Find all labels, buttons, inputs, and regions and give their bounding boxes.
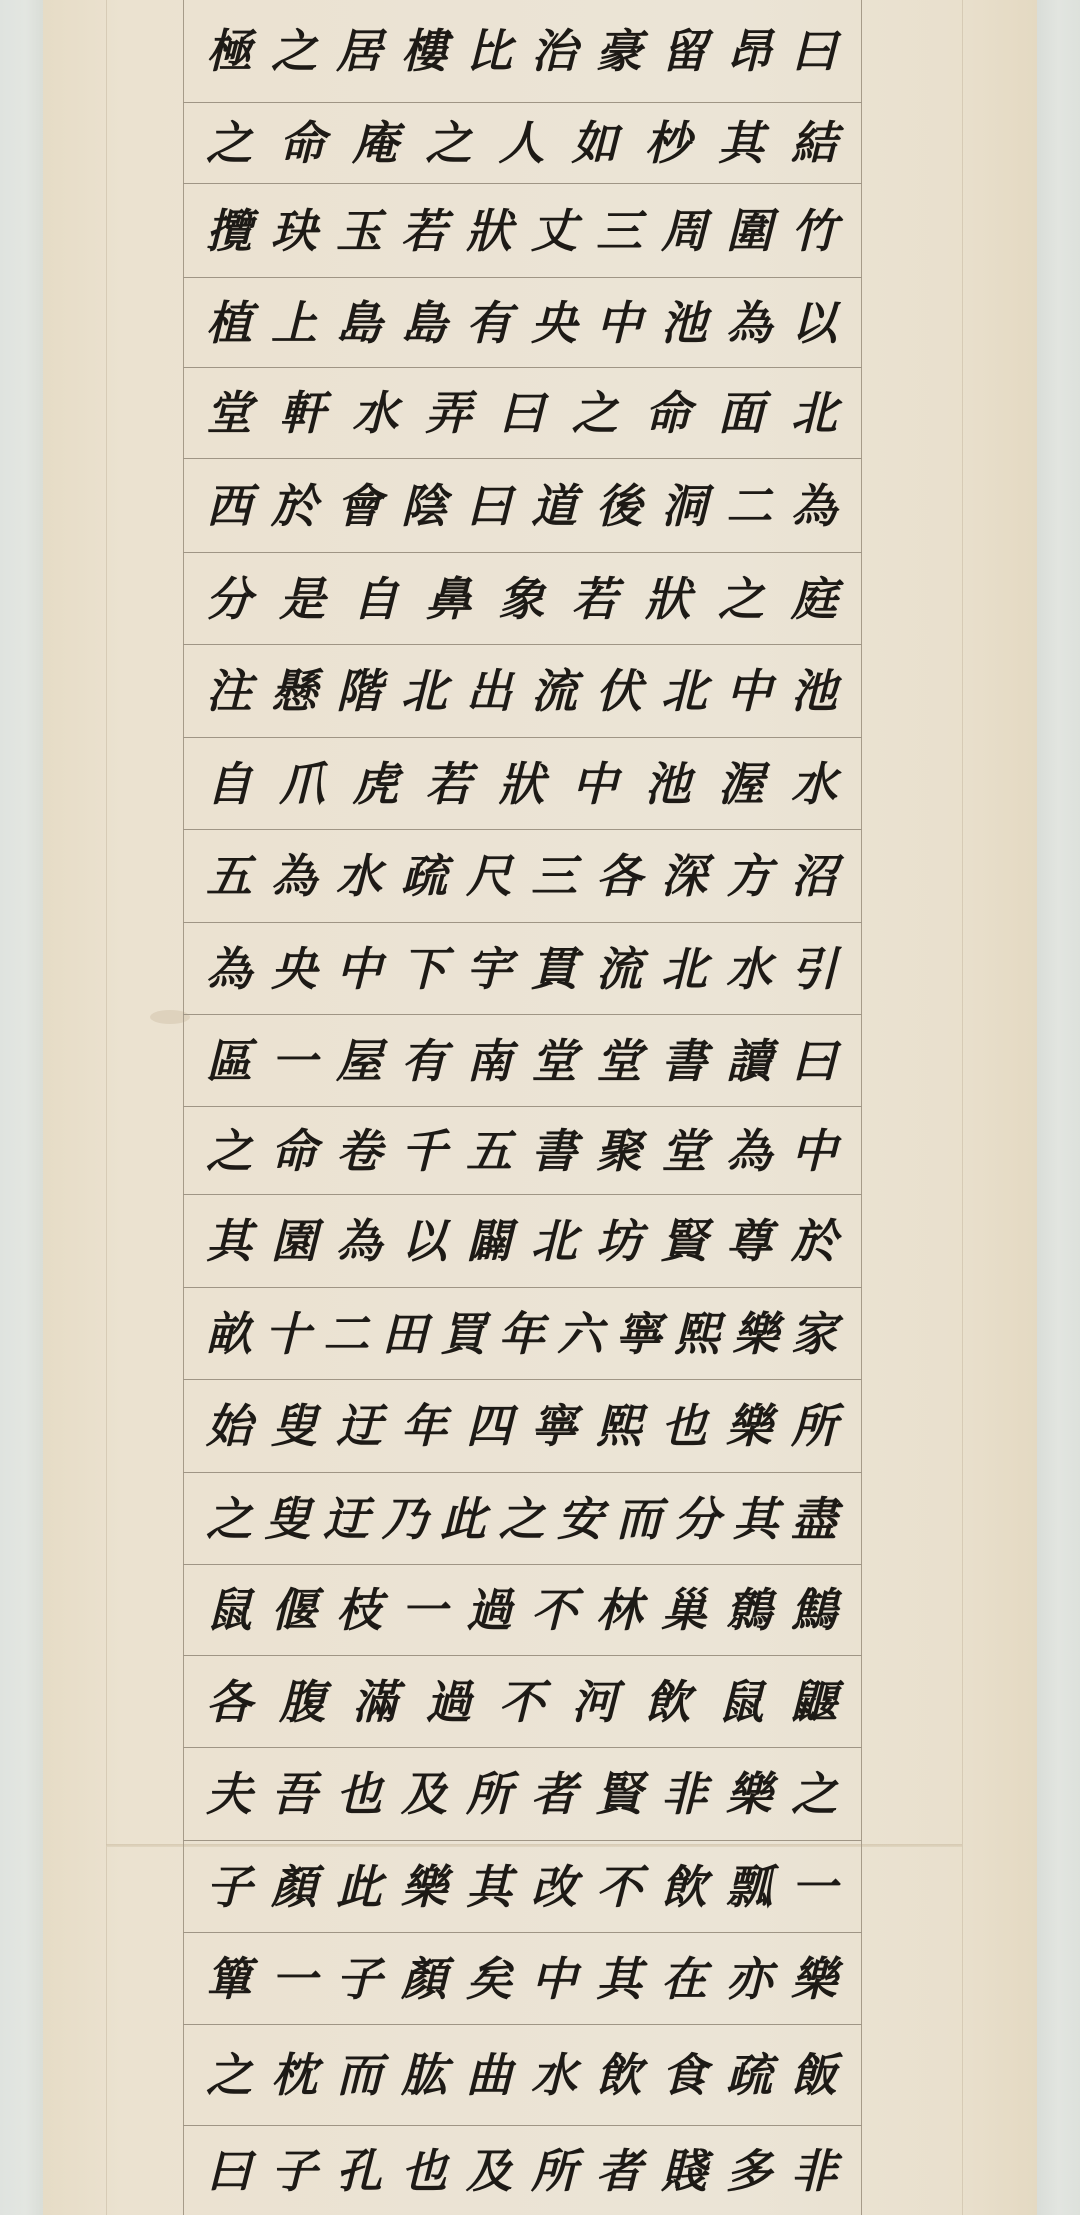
calligraphy-character: 非: [658, 1771, 710, 1817]
calligraphy-character: 昂: [723, 28, 775, 74]
calligraphy-character: 其: [715, 120, 767, 166]
calligraphy-character: 流: [593, 946, 645, 992]
calligraphy-character: 千: [398, 1128, 450, 1174]
calligraphy-character: 闢: [463, 1218, 515, 1264]
calligraphy-character: 為: [723, 1128, 775, 1174]
calligraphy-character: 不: [593, 1864, 645, 1910]
calligraphy-row: 曰昂留豪治比樓居之極: [183, 0, 862, 102]
calligraphy-row: 北面命之曰弄水軒堂: [183, 367, 862, 458]
calligraphy-character: 為: [268, 853, 320, 899]
calligraphy-character: 子: [203, 1864, 255, 1910]
calligraphy-character: 賢: [593, 1771, 645, 1817]
calligraphy-character: 丈: [528, 208, 580, 254]
calligraphy-character: 迂: [333, 1403, 385, 1449]
calligraphy-row: 水渥池中狀若虎爪自: [183, 737, 862, 829]
calligraphy-character: 始: [203, 1403, 255, 1449]
calligraphy-character: 比: [463, 28, 515, 74]
calligraphy-character: 伏: [593, 668, 645, 714]
calligraphy-row: 飯疏食飲水曲肱而枕之: [183, 2024, 862, 2125]
calligraphy-character: 若: [398, 208, 450, 254]
calligraphy-character: 洞: [658, 483, 710, 529]
calligraphy-character: 不: [496, 1679, 548, 1725]
calligraphy-character: 圍: [723, 208, 775, 254]
calligraphy-character: 聚: [593, 1128, 645, 1174]
paper-fold-right: [962, 0, 963, 2215]
calligraphy-character: 樂: [730, 1311, 782, 1357]
calligraphy-character: 為: [788, 483, 840, 529]
calligraphy-character: 爪: [276, 761, 328, 807]
calligraphy-character: 水: [333, 853, 385, 899]
calligraphy-character: 深: [658, 853, 710, 899]
calligraphy-character: 樂: [723, 1771, 775, 1817]
calligraphy-character: 所: [788, 1403, 840, 1449]
calligraphy-character: 堂: [203, 390, 255, 436]
calligraphy-character: 虎: [349, 761, 401, 807]
calligraphy-character: 迂: [320, 1496, 372, 1542]
calligraphy-character: 以: [398, 1218, 450, 1264]
calligraphy-character: 留: [658, 28, 710, 74]
calligraphy-character: 十: [262, 1311, 314, 1357]
calligraphy-character: 命: [642, 390, 694, 436]
calligraphy-character: 熙: [671, 1311, 723, 1357]
calligraphy-row: 鼴鼠飲河不過滿腹各: [183, 1655, 862, 1747]
calligraphy-character: 也: [333, 1771, 385, 1817]
calligraphy-character: 植: [203, 300, 255, 346]
calligraphy-row: 盡其分而安之此乃迂叟之: [183, 1472, 862, 1564]
calligraphy-character: 偃: [268, 1587, 320, 1633]
calligraphy-character: 之: [496, 1496, 548, 1542]
calligraphy-character: 五: [203, 853, 255, 899]
paper-fold-left: [106, 0, 107, 2215]
calligraphy-row: 之樂非賢者所及也吾夫: [183, 1747, 862, 1840]
calligraphy-character: 所: [528, 2148, 580, 2194]
calligraphy-character: 中: [723, 668, 775, 714]
calligraphy-character: 北: [398, 668, 450, 714]
calligraphy-row: 引水北流貫宇下中央為: [183, 922, 862, 1014]
calligraphy-character: 寧: [528, 1403, 580, 1449]
calligraphy-character: 四: [463, 1403, 515, 1449]
calligraphy-character: 央: [268, 946, 320, 992]
calligraphy-character: 瓢: [723, 1864, 775, 1910]
left-mounting-silk: [0, 0, 43, 2215]
calligraphy-character: 簞: [203, 1956, 255, 2002]
calligraphy-row: 結其杪如人之庵命之: [183, 102, 862, 183]
calligraphy-character: 一: [268, 1956, 320, 2002]
calligraphy-character: 宇: [463, 946, 515, 992]
calligraphy-character: 庭: [788, 576, 840, 622]
calligraphy-character: 者: [528, 1771, 580, 1817]
calligraphy-character: 賢: [658, 1218, 710, 1264]
calligraphy-character: 曰: [496, 390, 548, 436]
calligraphy-character: 買: [437, 1311, 489, 1357]
calligraphy-character: 若: [569, 576, 621, 622]
calligraphy-character: 盡: [788, 1496, 840, 1542]
calligraphy-character: 二: [723, 483, 775, 529]
calligraphy-character: 南: [463, 1038, 515, 1084]
calligraphy-character: 飲: [593, 2052, 645, 2098]
calligraphy-character: 水: [788, 761, 840, 807]
calligraphy-character: 書: [658, 1038, 710, 1084]
calligraphy-character: 狀: [496, 761, 548, 807]
calligraphy-character: 也: [658, 1403, 710, 1449]
calligraphy-row: 為二洞後道曰陰會於西: [183, 458, 862, 552]
calligraphy-character: 叟: [268, 1403, 320, 1449]
calligraphy-character: 人: [496, 120, 548, 166]
calligraphy-character: 一: [788, 1864, 840, 1910]
calligraphy-character: 水: [528, 2052, 580, 2098]
calligraphy-row: 一瓢飲不改其樂此顏子: [183, 1840, 862, 1932]
calligraphy-character: 枕: [268, 2052, 320, 2098]
calligraphy-row: 池中北伏流出北階懸注: [183, 644, 862, 737]
calligraphy-character: 象: [496, 576, 548, 622]
calligraphy-character: 滿: [349, 1679, 401, 1725]
calligraphy-character: 分: [671, 1496, 723, 1542]
calligraphy-character: 疏: [723, 2052, 775, 2098]
calligraphy-character: 豪: [593, 28, 645, 74]
calligraphy-character: 堂: [658, 1128, 710, 1174]
calligraphy-character: 飲: [658, 1864, 710, 1910]
calligraphy-character: 二: [320, 1311, 372, 1357]
calligraphy-character: 為: [203, 946, 255, 992]
calligraphy-character: 貫: [528, 946, 580, 992]
calligraphy-character: 面: [715, 390, 767, 436]
calligraphy-character: 亦: [723, 1956, 775, 2002]
calligraphy-character: 玦: [268, 208, 320, 254]
calligraphy-character: 結: [788, 120, 840, 166]
calligraphy-character: 注: [203, 668, 255, 714]
calligraphy-character: 有: [398, 1038, 450, 1084]
calligraphy-character: 北: [528, 1218, 580, 1264]
calligraphy-character: 北: [658, 946, 710, 992]
calligraphy-character: 巢: [658, 1587, 710, 1633]
calligraphy-character: 曰: [788, 1038, 840, 1084]
calligraphy-character: 引: [788, 946, 840, 992]
calligraphy-character: 其: [463, 1864, 515, 1910]
calligraphy-row: 家樂熙寧六年買田二十畝: [183, 1287, 862, 1379]
calligraphy-character: 池: [788, 668, 840, 714]
calligraphy-character: 於: [268, 483, 320, 529]
calligraphy-row: 於尊賢坊北闢以為園其: [183, 1194, 862, 1287]
calligraphy-character: 鼠: [715, 1679, 767, 1725]
calligraphy-character: 多: [723, 2148, 775, 2194]
calligraphy-character: 是: [276, 576, 328, 622]
calligraphy-character: 分: [203, 576, 255, 622]
calligraphy-character: 之: [203, 1128, 255, 1174]
calligraphy-character: 樂: [398, 1864, 450, 1910]
calligraphy-character: 弄: [422, 390, 474, 436]
calligraphy-character: 中: [569, 761, 621, 807]
calligraphy-character: 賤: [658, 2148, 710, 2194]
calligraphy-character: 田: [379, 1311, 431, 1357]
calligraphy-character: 坊: [593, 1218, 645, 1264]
calligraphy-character: 乃: [379, 1496, 431, 1542]
calligraphy-character: 及: [398, 1771, 450, 1817]
calligraphy-character: 上: [268, 300, 320, 346]
calligraphy-character: 杪: [642, 120, 694, 166]
calligraphy-character: 林: [593, 1587, 645, 1633]
calligraphy-character: 熙: [593, 1403, 645, 1449]
calligraphy-character: 之: [268, 28, 320, 74]
calligraphy-row: 所樂也熙寧四年迂叟始: [183, 1379, 862, 1472]
calligraphy-character: 夫: [203, 1771, 255, 1817]
calligraphy-character: 子: [268, 2148, 320, 2194]
calligraphy-character: 改: [528, 1864, 580, 1910]
calligraphy-character: 命: [276, 120, 328, 166]
calligraphy-character: 中: [788, 1128, 840, 1174]
calligraphy-character: 讀: [723, 1038, 775, 1084]
calligraphy-character: 軒: [276, 390, 328, 436]
calligraphy-character: 叟: [262, 1496, 314, 1542]
calligraphy-character: 過: [422, 1679, 474, 1725]
calligraphy-character: 陰: [398, 483, 450, 529]
calligraphy-character: 有: [463, 300, 515, 346]
calligraphy-character: 顏: [268, 1864, 320, 1910]
calligraphy-row: 竹圍周三丈狀若玉玦攬: [183, 183, 862, 277]
calligraphy-character: 以: [788, 300, 840, 346]
calligraphy-character: 此: [437, 1496, 489, 1542]
calligraphy-character: 而: [333, 2052, 385, 2098]
calligraphy-character: 家: [788, 1311, 840, 1357]
calligraphy-character: 非: [788, 2148, 840, 2194]
calligraphy-character: 飯: [788, 2052, 840, 2098]
calligraphy-character: 腹: [276, 1679, 328, 1725]
calligraphy-character: 子: [333, 1956, 385, 2002]
calligraphy-character: 園: [268, 1218, 320, 1264]
calligraphy-character: 自: [203, 761, 255, 807]
calligraphy-character: 堂: [593, 1038, 645, 1084]
calligraphy-character: 曲: [463, 2052, 515, 2098]
calligraphy-character: 之: [715, 576, 767, 622]
calligraphy-character: 之: [203, 120, 255, 166]
calligraphy-character: 五: [463, 1128, 515, 1174]
calligraphy-character: 中: [593, 300, 645, 346]
calligraphy-character: 食: [658, 2052, 710, 2098]
calligraphy-character: 之: [422, 120, 474, 166]
calligraphy-character: 鷦: [788, 1587, 840, 1633]
calligraphy-character: 堂: [528, 1038, 580, 1084]
calligraphy-character: 三: [528, 853, 580, 899]
calligraphy-character: 各: [203, 1679, 255, 1725]
calligraphy-character: 在: [658, 1956, 710, 2002]
calligraphy-character: 年: [496, 1311, 548, 1357]
calligraphy-character: 所: [463, 1771, 515, 1817]
calligraphy-character: 池: [642, 761, 694, 807]
calligraphy-character: 屋: [333, 1038, 385, 1084]
calligraphy-character: 樂: [723, 1403, 775, 1449]
calligraphy-character: 一: [268, 1038, 320, 1084]
calligraphy-character: 之: [203, 2052, 255, 2098]
calligraphy-character: 者: [593, 2148, 645, 2194]
calligraphy-character: 為: [333, 1218, 385, 1264]
calligraphy-character: 曰: [463, 483, 515, 529]
calligraphy-character: 方: [723, 853, 775, 899]
calligraphy-character: 寧: [613, 1311, 665, 1357]
calligraphy-character: 六: [554, 1311, 606, 1357]
calligraphy-character: 樂: [788, 1956, 840, 2002]
calligraphy-character: 居: [333, 28, 385, 74]
calligraphy-character: 年: [398, 1403, 450, 1449]
calligraphy-character: 之: [203, 1496, 255, 1542]
calligraphy-character: 中: [528, 1956, 580, 2002]
calligraphy-character: 於: [788, 1218, 840, 1264]
calligraphy-character: 樓: [398, 28, 450, 74]
calligraphy-character: 出: [463, 668, 515, 714]
calligraphy-character: 安: [554, 1496, 606, 1542]
calligraphy-character: 周: [658, 208, 710, 254]
right-mounting-silk: [1037, 0, 1080, 2215]
calligraphy-character: 顏: [398, 1956, 450, 2002]
calligraphy-character: 竹: [788, 208, 840, 254]
calligraphy-character: 鷯: [723, 1587, 775, 1633]
calligraphy-character: 及: [463, 2148, 515, 2194]
calligraphy-character: 過: [463, 1587, 515, 1633]
calligraphy-character: 其: [203, 1218, 255, 1264]
calligraphy-character: 懸: [268, 668, 320, 714]
calligraphy-character: 飲: [642, 1679, 694, 1725]
calligraphy-character: 渥: [715, 761, 767, 807]
calligraphy-character: 極: [203, 28, 255, 74]
calligraphy-character: 一: [398, 1587, 450, 1633]
calligraphy-character: 北: [788, 390, 840, 436]
calligraphy-character: 攬: [203, 208, 255, 254]
calligraphy-character: 為: [723, 300, 775, 346]
calligraphy-character: 會: [333, 483, 385, 529]
calligraphy-character: 北: [658, 668, 710, 714]
calligraphy-character: 狀: [642, 576, 694, 622]
calligraphy-character: 孔: [333, 2148, 385, 2194]
calligraphy-character: 疏: [398, 853, 450, 899]
calligraphy-character: 鼠: [203, 1587, 255, 1633]
calligraphy-character: 卷: [333, 1128, 385, 1174]
calligraphy-character: 三: [593, 208, 645, 254]
calligraphy-character: 也: [398, 2148, 450, 2194]
calligraphy-row: 以為池中央有島島上植: [183, 277, 862, 367]
calligraphy-character: 畝: [203, 1311, 255, 1357]
calligraphy-row: 非多賤者所及也孔子曰: [183, 2125, 862, 2215]
calligraphy-character: 自: [349, 576, 401, 622]
calligraphy-character: 尺: [463, 853, 515, 899]
calligraphy-character: 區: [203, 1038, 255, 1084]
calligraphy-character: 尊: [723, 1218, 775, 1264]
calligraphy-character: 各: [593, 853, 645, 899]
calligraphy-character: 肱: [398, 2052, 450, 2098]
calligraphy-character: 河: [569, 1679, 621, 1725]
calligraphy-character: 之: [788, 1771, 840, 1817]
calligraphy-row: 鷦鷯巢林不過一枝偃鼠: [183, 1564, 862, 1655]
calligraphy-character: 曰: [788, 28, 840, 74]
calligraphy-row: 中為堂聚書五千卷命之: [183, 1106, 862, 1194]
calligraphy-character: 如: [569, 120, 621, 166]
calligraphy-character: 鼻: [422, 576, 474, 622]
calligraphy-character: 而: [613, 1496, 665, 1542]
calligraphy-character: 池: [658, 300, 710, 346]
calligraphy-character: 治: [528, 28, 580, 74]
calligraphy-character: 曰: [203, 2148, 255, 2194]
calligraphy-character: 若: [422, 761, 474, 807]
calligraphy-character: 央: [528, 300, 580, 346]
calligraphy-character: 命: [268, 1128, 320, 1174]
calligraphy-character: 不: [528, 1587, 580, 1633]
calligraphy-character: 西: [203, 483, 255, 529]
calligraphy-row: 沼方深各三尺疏水為五: [183, 829, 862, 922]
calligraphy-row: 樂亦在其中矣顏子一簞: [183, 1932, 862, 2024]
calligraphy-character: 其: [730, 1496, 782, 1542]
calligraphy-character: 中: [333, 946, 385, 992]
calligraphy-character: 其: [593, 1956, 645, 2002]
calligraphy-character: 矣: [463, 1956, 515, 2002]
calligraphy-character: 島: [398, 300, 450, 346]
calligraphy-character: 後: [593, 483, 645, 529]
calligraphy-character: 狀: [463, 208, 515, 254]
calligraphy-character: 此: [333, 1864, 385, 1910]
calligraphy-character: 道: [528, 483, 580, 529]
calligraphy-character: 沼: [788, 853, 840, 899]
calligraphy-character: 階: [333, 668, 385, 714]
calligraphy-character: 玉: [333, 208, 385, 254]
calligraphy-row: 曰讀書堂堂南有屋一區: [183, 1014, 862, 1106]
calligraphy-character: 島: [333, 300, 385, 346]
calligraphy-character: 吾: [268, 1771, 320, 1817]
calligraphy-character: 之: [569, 390, 621, 436]
calligraphy-row: 庭之狀若象鼻自是分: [183, 552, 862, 644]
calligraphy-character: 枝: [333, 1587, 385, 1633]
calligraphy-character: 流: [528, 668, 580, 714]
calligraphy-character: 庵: [349, 120, 401, 166]
calligraphy-character: 水: [349, 390, 401, 436]
calligraphy-character: 水: [723, 946, 775, 992]
calligraphy-character: 書: [528, 1128, 580, 1174]
calligraphy-character: 鼴: [788, 1679, 840, 1725]
calligraphy-character: 下: [398, 946, 450, 992]
